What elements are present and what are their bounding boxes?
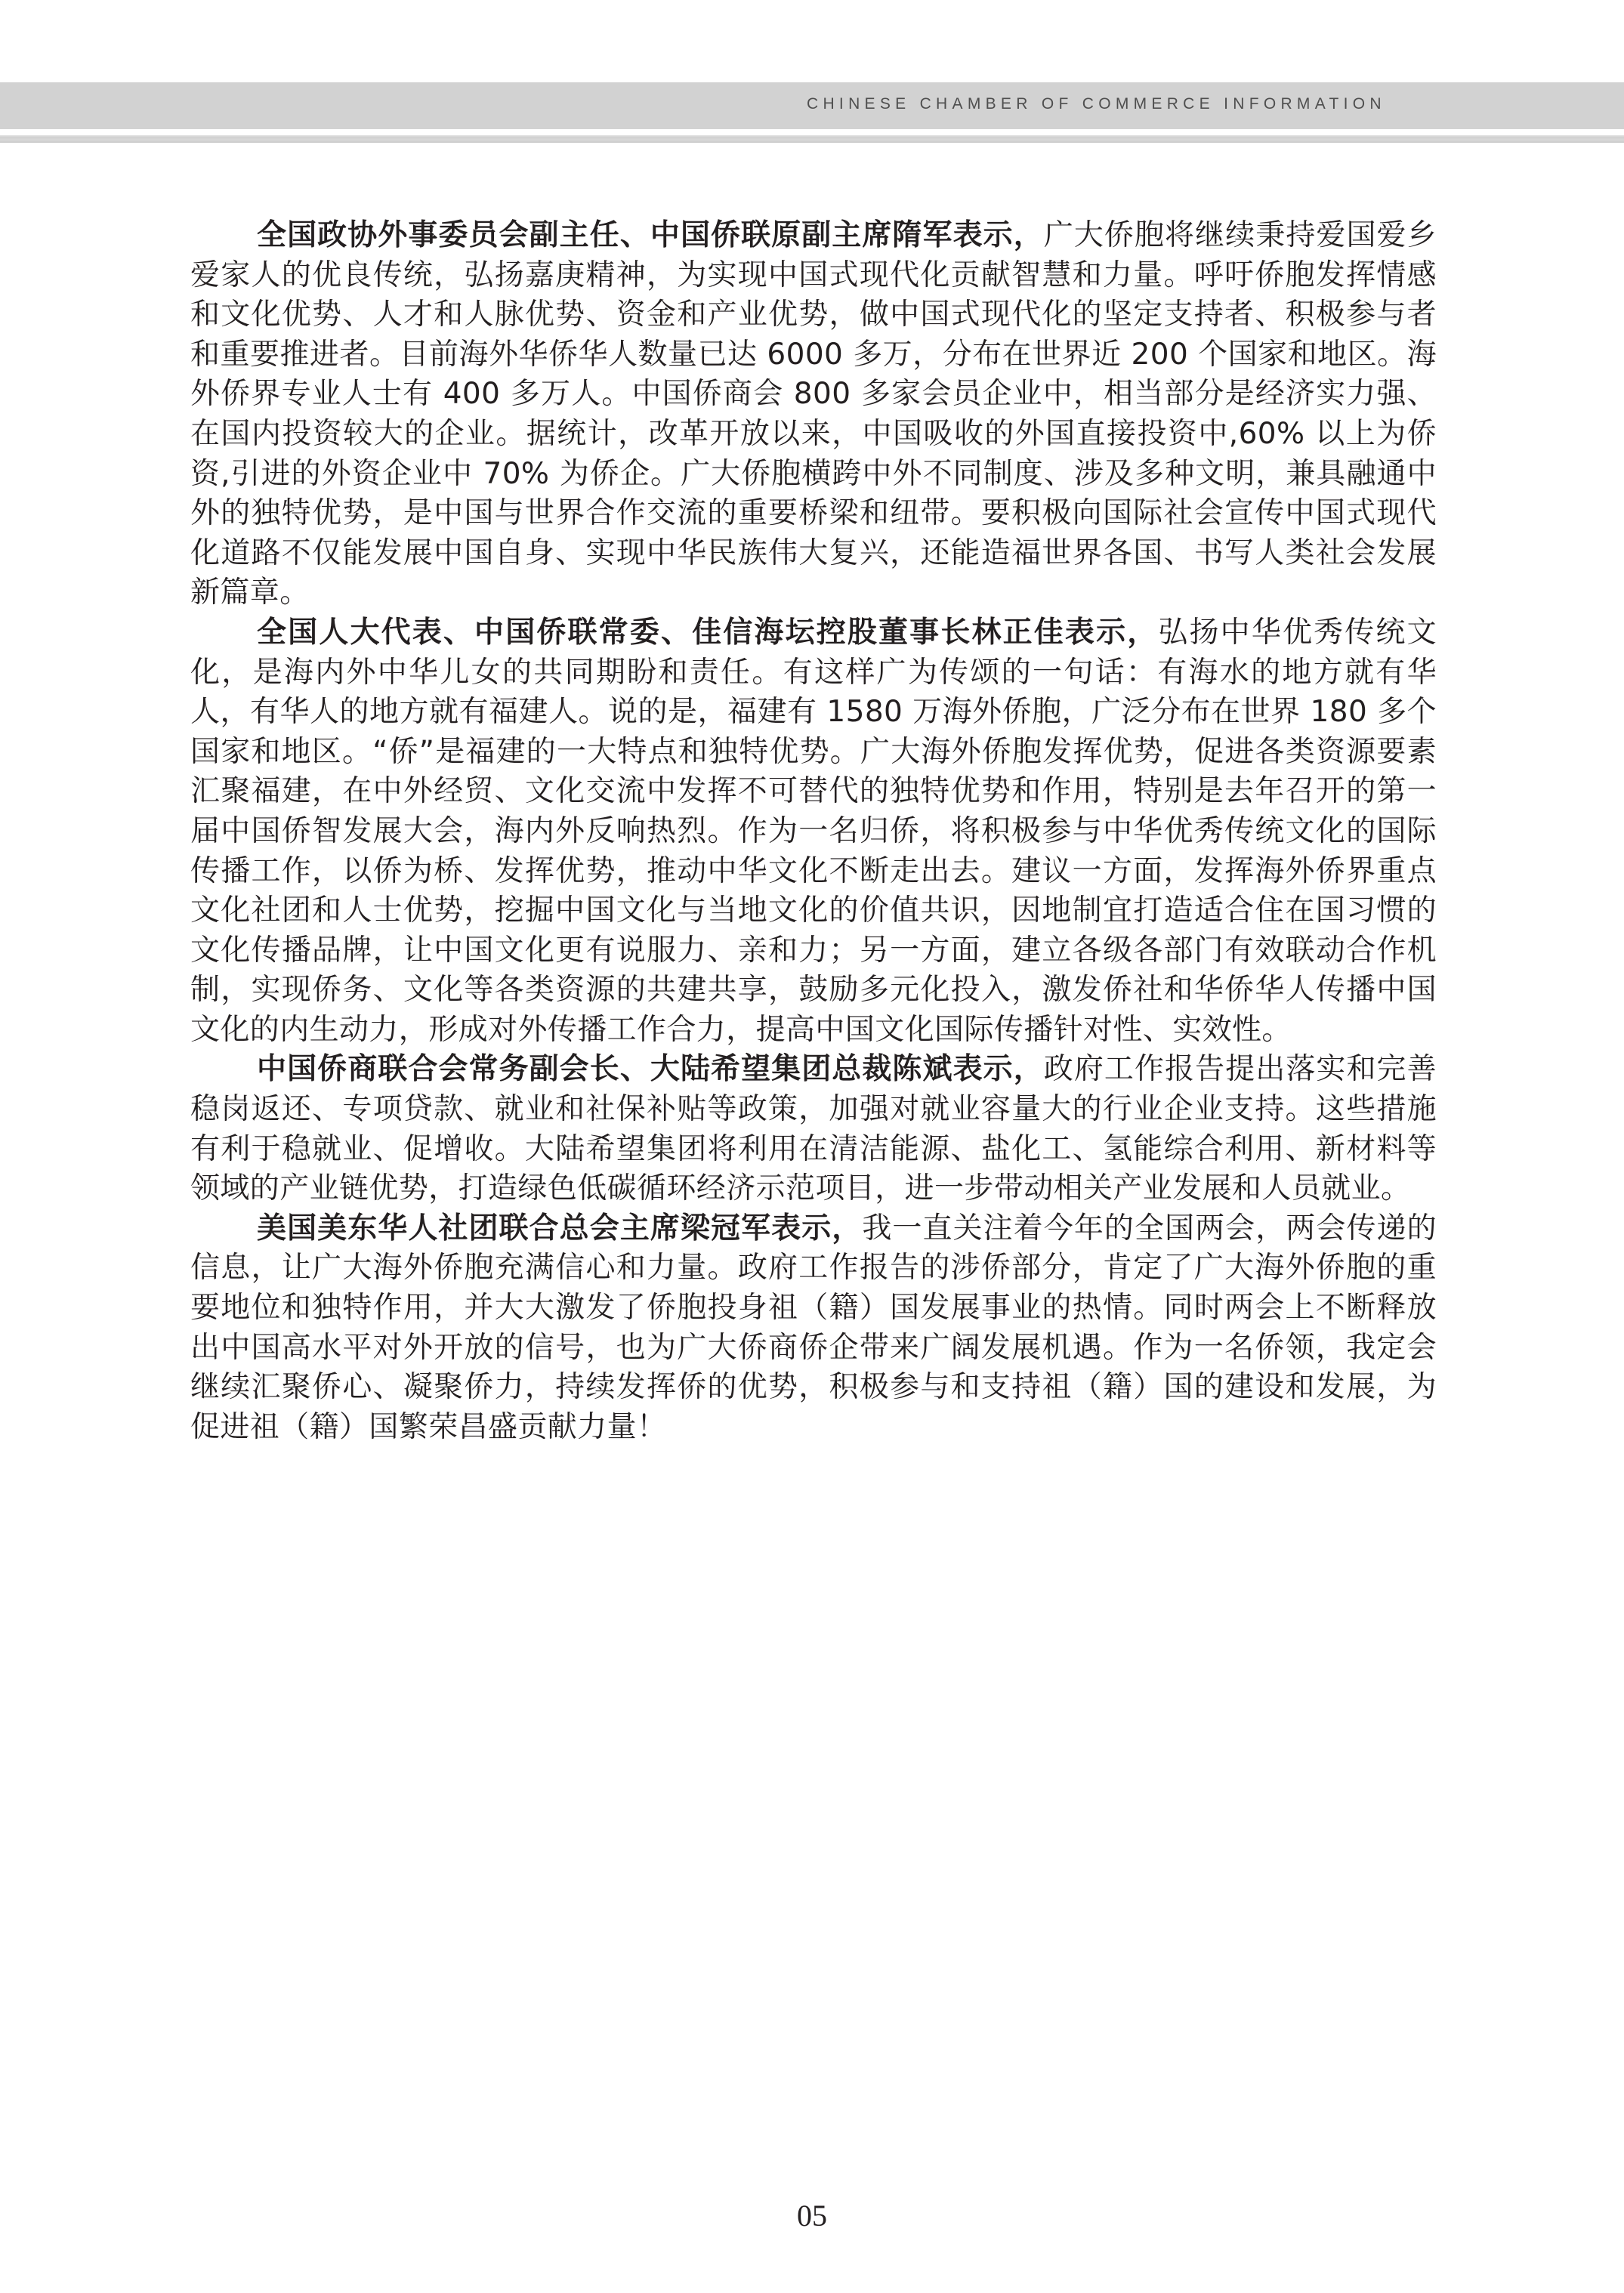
- paragraph-text: 弘扬中华优秀传统文化，是海内外中华儿女的共同期盼和责任。有这样广为传颂的一句话：…: [190, 616, 1437, 1047]
- paragraph-lead: 全国人大代表、中国侨联常委、佳信海坛控股董事长林正佳表示，: [257, 616, 1158, 650]
- paragraph-text: 广大侨胞将继续秉持爱国爱乡爱家人的优良传统，弘扬嘉庚精神，为实现中国式现代化贡献…: [190, 218, 1437, 610]
- paragraph-lin-zhengjia: 全国人大代表、中国侨联常委、佳信海坛控股董事长林正佳表示，弘扬中华优秀传统文化，…: [190, 613, 1437, 1051]
- paragraph-sui-jun: 全国政协外事委员会副主任、中国侨联原副主席隋军表示，广大侨胞将继续秉持爱国爱乡爱…: [190, 216, 1437, 613]
- paragraph-lead: 美国美东华人社团联合总会主席梁冠军表示，: [257, 1211, 862, 1245]
- paragraph-lead: 全国政协外事委员会副主任、中国侨联原副主席隋军表示，: [257, 218, 1044, 252]
- paragraph-liang-guanjun: 美国美东华人社团联合总会主席梁冠军表示，我一直关注着今年的全国两会，两会传递的信…: [190, 1209, 1437, 1448]
- paragraph-chen-bin: 中国侨商联合会常务副会长、大陆希望集团总裁陈斌表示，政府工作报告提出落实和完善稳…: [190, 1050, 1437, 1208]
- page-number: 05: [0, 2198, 1624, 2233]
- paragraph-text: 我一直关注着今年的全国两会，两会传递的信息，让广大海外侨胞充满信心和力量。政府工…: [190, 1211, 1437, 1444]
- publication-title: CHINESE CHAMBER OF COMMERCE INFORMATION: [807, 95, 1386, 113]
- header-divider: [0, 135, 1624, 143]
- paragraph-lead: 中国侨商联合会常务副会长、大陆希望集团总裁陈斌表示，: [257, 1052, 1044, 1086]
- article-body: 全国政协外事委员会副主任、中国侨联原副主席隋军表示，广大侨胞将继续秉持爱国爱乡爱…: [190, 216, 1437, 1447]
